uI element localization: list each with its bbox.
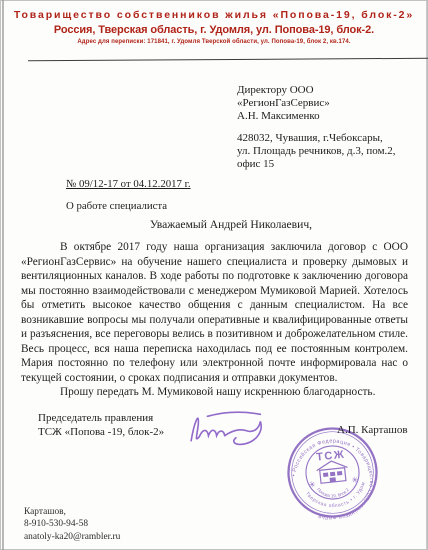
signer-name: А.П. Карташов xyxy=(337,424,408,436)
signature-stroke xyxy=(207,412,260,416)
scan-edge-left xyxy=(2,0,4,550)
stamp-ornament-right: ✳ xyxy=(351,475,359,485)
contact-footer: Карташов, 8-910-530-94-58 anatoly-ka20@r… xyxy=(24,506,120,543)
scanned-letter-page: Товарищество собственников жилья «Попова… xyxy=(0,0,428,550)
signature-stroke xyxy=(225,421,261,444)
handwritten-signature xyxy=(183,402,295,449)
signer-position-line2: ТСЖ «Попова -19, блок-2» xyxy=(38,425,164,439)
contact-name: Карташов, xyxy=(24,506,120,518)
letter-body: В октябре 2017 году наша организация зак… xyxy=(21,240,408,400)
salutation: Уважаемый Андрей Николаевич, xyxy=(0,218,428,231)
signer-position-line1: Председатель правления xyxy=(38,411,164,425)
recipient-block: Директору ООО «РегионГазСервис» А.Н. Мак… xyxy=(237,84,396,171)
recipient-gap xyxy=(237,123,396,132)
body-paragraph-2: Прошу передать М. Мумиковой нашу искренн… xyxy=(21,385,408,400)
contact-email: anatoly-ka20@rambler.ru xyxy=(24,531,120,543)
signature-stroke xyxy=(191,418,199,441)
org-postal-address: Адрес для переписки: 171841, г. Удомля Т… xyxy=(0,39,428,45)
signer-position-block: Председатель правления ТСЖ «Попова -19, … xyxy=(38,411,164,439)
body-paragraph-1: В октябре 2017 году наша организация зак… xyxy=(21,240,408,385)
stamp-inner-bottom-text: Попова 19, блок 2 xyxy=(316,484,351,500)
reference-number: № 09/12-17 от 04.12.2017 г. xyxy=(66,178,191,190)
contact-phone: 8-910-530-94-58 xyxy=(24,518,120,530)
recipient-address-line1: 428032, Чувашия, г.Чебоксары, xyxy=(237,132,396,145)
recipient-company: «РегионГазСервис» xyxy=(237,97,396,110)
subject-line: О работе специалиста xyxy=(66,200,167,212)
recipient-address-line3: офис 15 xyxy=(237,158,396,171)
letterhead: Товарищество собственников жилья «Попова… xyxy=(0,0,428,45)
org-stamp: • Российская Федерация • Товарищество со… xyxy=(281,421,383,523)
stamp-ornament-left: ✳ xyxy=(308,480,316,490)
recipient-person: А.Н. Максименко xyxy=(237,110,396,123)
recipient-title: Директору ООО xyxy=(237,84,396,97)
signature-stroke xyxy=(199,430,224,436)
org-address: Россия, Тверская область, г. Удомля, ул.… xyxy=(0,24,428,36)
org-name: Товарищество собственников жилья «Попова… xyxy=(0,9,428,21)
header-divider xyxy=(28,58,428,61)
recipient-address-line2: ул. Площадь речников, д.3, пом.2, xyxy=(237,145,396,158)
